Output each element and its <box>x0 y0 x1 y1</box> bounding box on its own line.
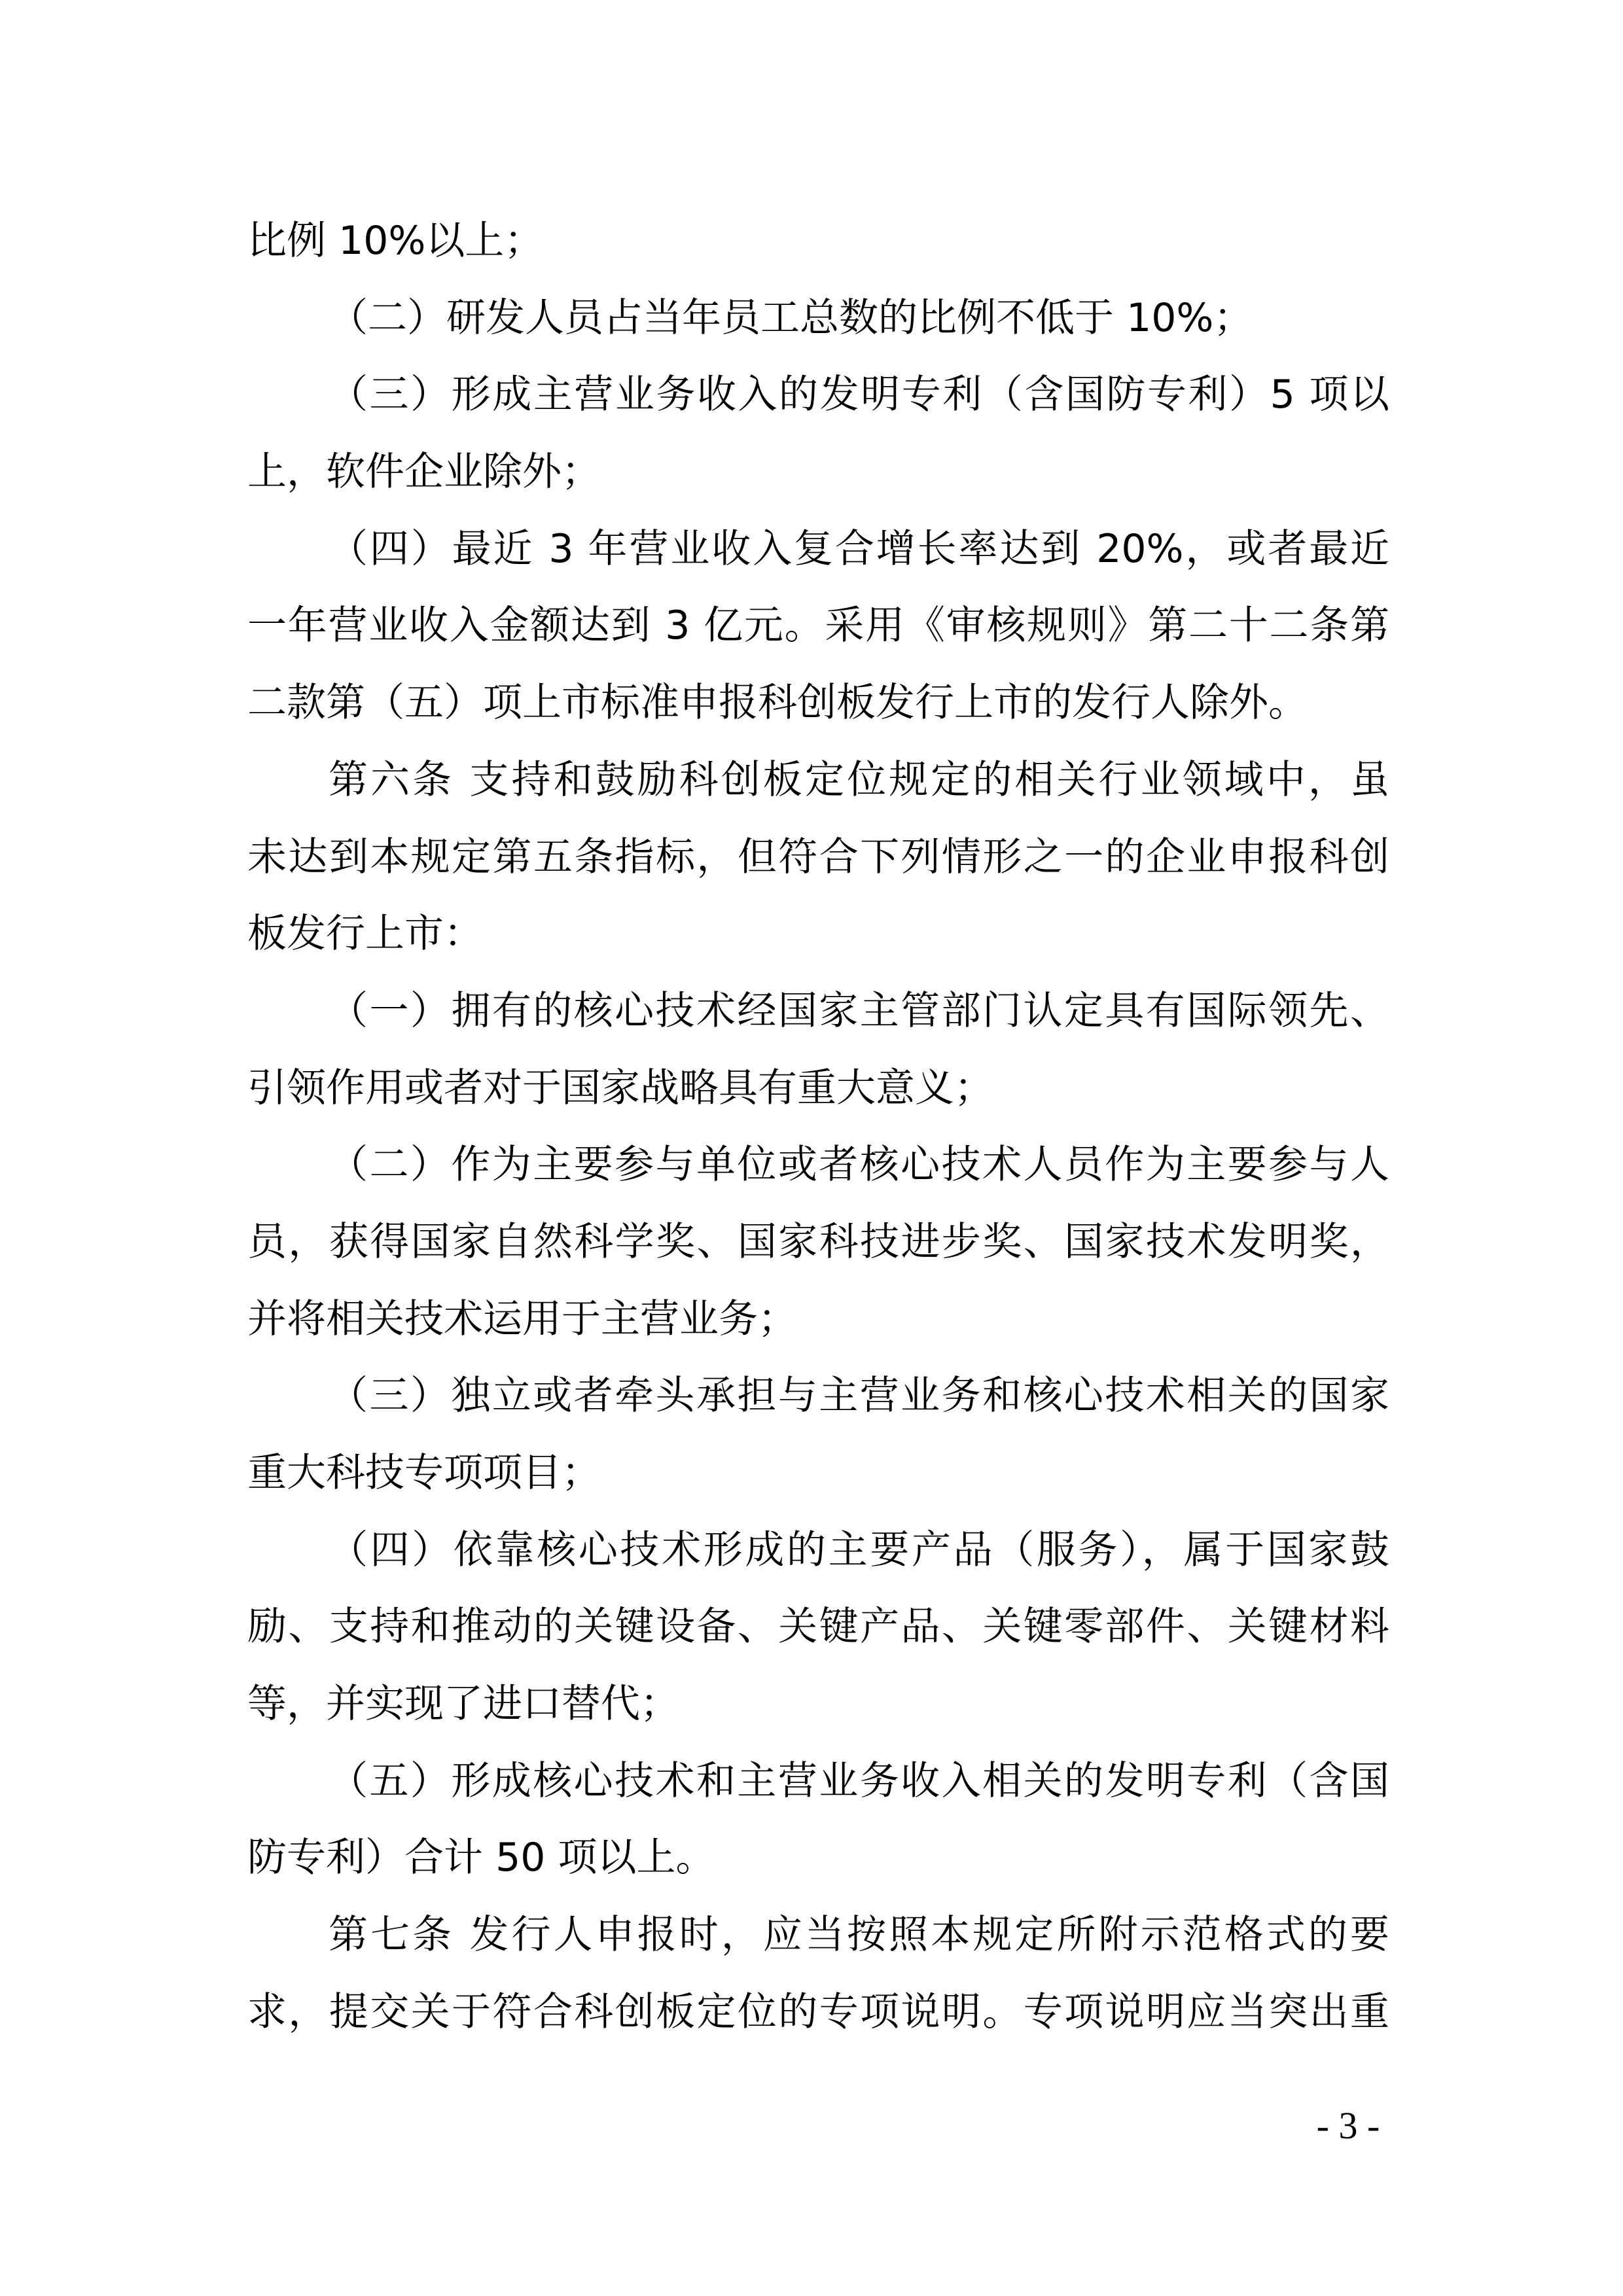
text-line: （四）最近 3 年营业收入复合增长率达到 20%，或者最近 <box>247 511 1389 588</box>
text-line: （二）研发人员占当年员工总数的比例不低于 10%； <box>247 280 1389 357</box>
text-line: 引领作用或者对于国家战略具有重大意义； <box>247 1050 1389 1127</box>
text-line: 第六条 支持和鼓励科创板定位规定的相关行业领域中，虽 <box>247 742 1389 819</box>
text-line: 板发行上市： <box>247 896 1389 973</box>
text-line: （一）拥有的核心技术经国家主管部门认定具有国际领先、 <box>247 973 1389 1050</box>
text-line: 上，软件企业除外； <box>247 434 1389 511</box>
document-page: 比例 10%以上；（二）研发人员占当年员工总数的比例不低于 10%；（三）形成主… <box>0 0 1623 2296</box>
text-line: 等，并实现了进口替代； <box>247 1666 1389 1743</box>
text-line: （三）独立或者牵头承担与主营业务和核心技术相关的国家 <box>247 1358 1389 1435</box>
text-line: （二）作为主要参与单位或者核心技术人员作为主要参与人 <box>247 1127 1389 1204</box>
text-line: 第七条 发行人申报时，应当按照本规定所附示范格式的要 <box>247 1897 1389 1974</box>
body-text: 比例 10%以上；（二）研发人员占当年员工总数的比例不低于 10%；（三）形成主… <box>247 203 1389 2051</box>
page-number: - 3 - <box>1283 2104 1414 2147</box>
text-line: 求，提交关于符合科创板定位的专项说明。专项说明应当突出重 <box>247 1974 1389 2051</box>
text-line: 一年营业收入金额达到 3 亿元。采用《审核规则》第二十二条第 <box>247 588 1389 665</box>
text-line: 未达到本规定第五条指标，但符合下列情形之一的企业申报科创 <box>247 819 1389 896</box>
text-line: （四）依靠核心技术形成的主要产品（服务），属于国家鼓 <box>247 1512 1389 1589</box>
text-line: （三）形成主营业务收入的发明专利（含国防专利）5 项以 <box>247 357 1389 434</box>
text-line: 重大科技专项项目； <box>247 1435 1389 1512</box>
text-line: （五）形成核心技术和主营业务收入相关的发明专利（含国 <box>247 1743 1389 1820</box>
text-line: 员，获得国家自然科学奖、国家科技进步奖、国家技术发明奖， <box>247 1204 1389 1281</box>
text-line: 防专利）合计 50 项以上。 <box>247 1820 1389 1897</box>
text-line: 并将相关技术运用于主营业务； <box>247 1281 1389 1358</box>
text-line: 二款第（五）项上市标准申报科创板发行上市的发行人除外。 <box>247 665 1389 742</box>
text-line: 励、支持和推动的关键设备、关键产品、关键零部件、关键材料 <box>247 1589 1389 1666</box>
text-line: 比例 10%以上； <box>247 203 1389 280</box>
